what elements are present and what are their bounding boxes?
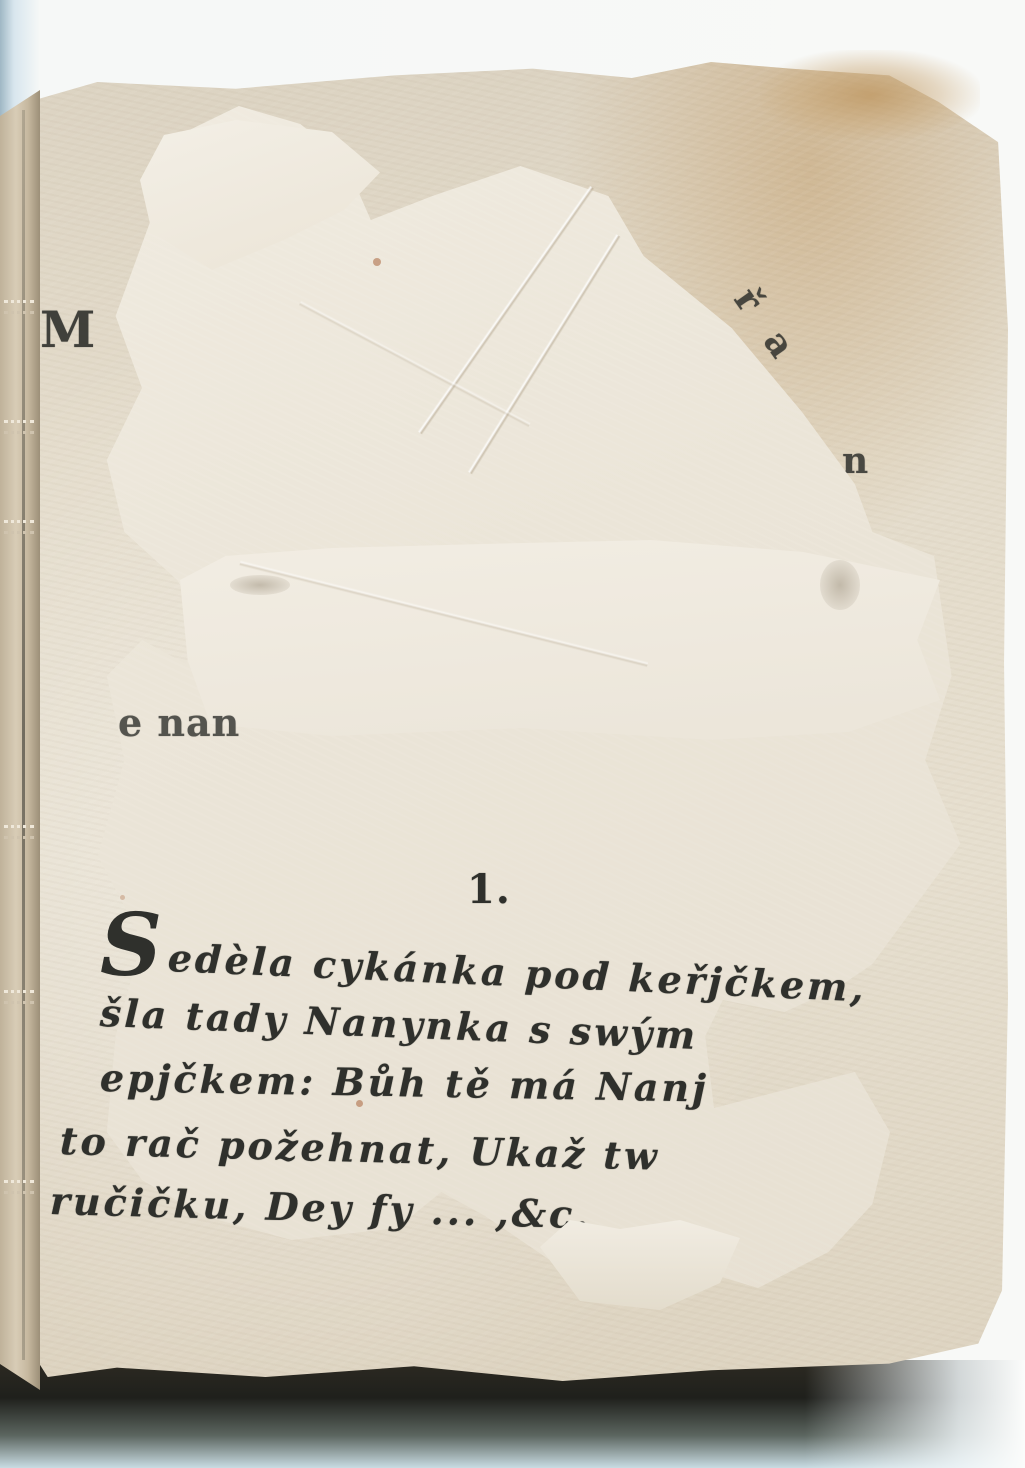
binding-thread <box>4 300 34 314</box>
water-stain <box>760 50 980 140</box>
book-binding <box>0 90 40 1390</box>
binding-thread <box>4 825 34 839</box>
binding-thread <box>4 420 34 434</box>
binding-thread <box>4 1180 34 1194</box>
binding-thread <box>4 990 34 1004</box>
gutter-shadow <box>22 110 25 1360</box>
partial-text-line: e nan <box>118 700 240 745</box>
tear-mark <box>820 560 860 610</box>
scanner-bottom-shadow <box>0 1360 1025 1468</box>
partial-heading-letter: M <box>40 300 96 359</box>
binding-thread <box>4 520 34 534</box>
foxing-spot <box>373 258 381 266</box>
verse-number: 1. <box>467 866 511 913</box>
verse-drop-cap: S <box>100 895 162 996</box>
tear-mark <box>230 575 290 595</box>
